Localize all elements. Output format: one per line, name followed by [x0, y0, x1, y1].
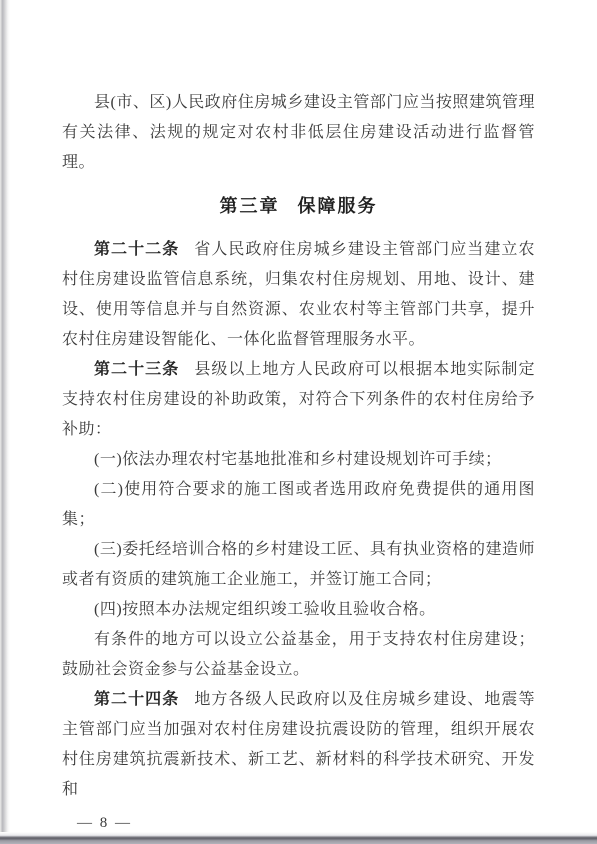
article-22: 第二十二条省人民政府住房城乡建设主管部门应当建立农村住房建设监管信息系统，归集农… — [62, 235, 535, 355]
article-23-number: 第二十三条 — [94, 361, 179, 378]
condition-item-3: (三)委托经培训合格的乡村建设工匠、具有执业资格的建造师或者有资质的建筑施工企业… — [62, 535, 535, 595]
chapter-title: 保障服务 — [298, 196, 378, 216]
article-22-number: 第二十二条 — [94, 241, 179, 258]
document-page: 县(市、区)人民政府住房城乡建设主管部门应当按照建筑管理有关法律、法规的规定对农… — [0, 0, 597, 844]
article-24-number: 第二十四条 — [94, 691, 179, 708]
chapter-number: 第三章 — [220, 196, 280, 216]
condition-item-1: (一)依法办理农村宅基地批准和乡村建设规划许可手续； — [62, 445, 535, 475]
paragraph-public-fund: 有条件的地方可以设立公益基金，用于支持农村住房建设；鼓励社会资金参与公益基金设立… — [62, 625, 535, 685]
condition-item-2: (二)使用符合要求的施工图或者选用政府免费提供的通用图集； — [62, 475, 535, 535]
article-24: 第二十四条地方各级人民政府以及住房城乡建设、地震等主管部门应当加强对农村住房建设… — [62, 685, 535, 805]
page-bottom-scan-edge — [0, 832, 597, 844]
document-content: 县(市、区)人民政府住房城乡建设主管部门应当按照建筑管理有关法律、法规的规定对农… — [62, 88, 535, 838]
paragraph-intro: 县(市、区)人民政府住房城乡建设主管部门应当按照建筑管理有关法律、法规的规定对农… — [62, 88, 535, 178]
article-23: 第二十三条县级以上地方人民政府可以根据本地实际制定支持农村住房建设的补助政策，对… — [62, 355, 535, 445]
chapter-heading: 第三章保障服务 — [62, 191, 535, 221]
page-left-scan-edge — [0, 0, 10, 844]
condition-item-4: (四)按照本办法规定组织竣工验收且验收合格。 — [62, 595, 535, 625]
